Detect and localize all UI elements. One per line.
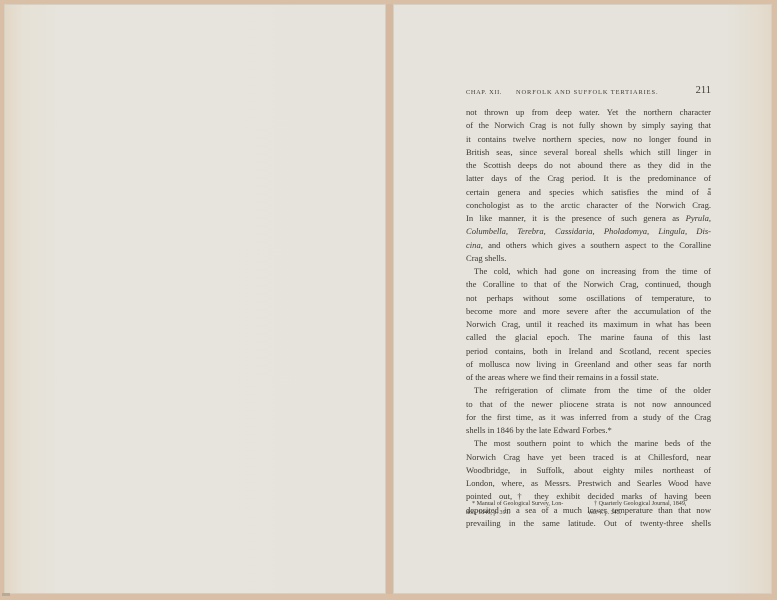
- footnote-asterisk: * Manual of Geological Survey, Lon- don,…: [466, 500, 584, 518]
- text-line: the Coralline to that of the Norwich Cra…: [466, 278, 711, 291]
- footnote-dagger: † Quarterly Geological Journal, 1849, vo…: [588, 500, 706, 518]
- text-line: British seas, since several boreal shell…: [466, 146, 711, 159]
- footnote-text: * Manual of Geological Survey, Lon-: [466, 500, 584, 509]
- text-line: for the first time, as it was inferred f…: [466, 411, 711, 424]
- page-number: 211: [696, 85, 711, 96]
- text-line: called the glacial epoch. The marine fau…: [466, 331, 711, 344]
- text-line: Woodbridge, in Suffolk, about eighty mil…: [466, 464, 711, 477]
- footnote-text: † Quarterly Geological Journal, 1849,: [588, 500, 706, 509]
- book-spine-gutter: [386, 4, 393, 594]
- left-page-blank: [4, 4, 386, 594]
- footnote-text: vol. v. p. 345.: [588, 509, 706, 518]
- text-line: prevailing in the same latitude. Out of …: [466, 517, 711, 530]
- text-line: become more and more severe after the ac…: [466, 305, 711, 318]
- text-line: shells in 1846 by the late Edward Forbes…: [466, 424, 711, 437]
- text-line: Norwich Crag, until it reached its maxim…: [466, 318, 711, 331]
- text-line: of the Norwich Crag is not fully shown b…: [466, 119, 711, 132]
- text-line: Crag shells.: [466, 252, 711, 265]
- text-line: conchologist as to the arctic character …: [466, 199, 711, 212]
- text-line: not thrown up from deep water. Yet the n…: [466, 106, 711, 119]
- text-line: of mollusca now living in Greenland and …: [466, 358, 711, 371]
- text-line: The refrigeration of climate from the ti…: [466, 384, 711, 397]
- footnote-text: don, 1846, p. 391.: [466, 509, 584, 518]
- text-line: period contains, both in Ireland and Sco…: [466, 345, 711, 358]
- text-line: of the areas where we find their remains…: [466, 371, 711, 384]
- paragraph: The cold, which had gone on increasing f…: [466, 265, 711, 384]
- running-title: NORFOLK AND SUFFOLK TERTIARIES.: [516, 89, 658, 96]
- text-line: London, where, as Messrs. Prestwich and …: [466, 477, 711, 490]
- text-line: In like manner, it is the presence of su…: [466, 212, 711, 225]
- text-line: latter days of the Crag period. It is th…: [466, 172, 711, 185]
- text-line: the Scottish deeps do not abound there a…: [466, 159, 711, 172]
- text-line: not perhaps without some oscillations of…: [466, 292, 711, 305]
- paragraph: not thrown up from deep water. Yet the n…: [466, 106, 711, 265]
- body-text: not thrown up from deep water. Yet the n…: [466, 106, 711, 530]
- text-line: to that of the newer pliocene strata is …: [466, 398, 711, 411]
- text-line: Columbella, Terebra, Cassidaria, Pholado…: [466, 225, 711, 238]
- text-line: certain genera and species which satisfi…: [466, 186, 711, 199]
- text-line: cina, and others which gives a southern …: [466, 239, 711, 252]
- text-line: Norwich Crag have yet been traced is at …: [466, 451, 711, 464]
- paragraph: The refrigeration of climate from the ti…: [466, 384, 711, 437]
- text-line: The cold, which had gone on increasing f…: [466, 265, 711, 278]
- text-line: The most southern point to which the mar…: [466, 437, 711, 450]
- chapter-label: CHAP. XII.: [466, 89, 502, 96]
- scan-marker: [2, 593, 10, 596]
- text-line: it contains twelve northern species, now…: [466, 133, 711, 146]
- running-head: CHAP. XII. NORFOLK AND SUFFOLK TERTIARIE…: [466, 85, 711, 99]
